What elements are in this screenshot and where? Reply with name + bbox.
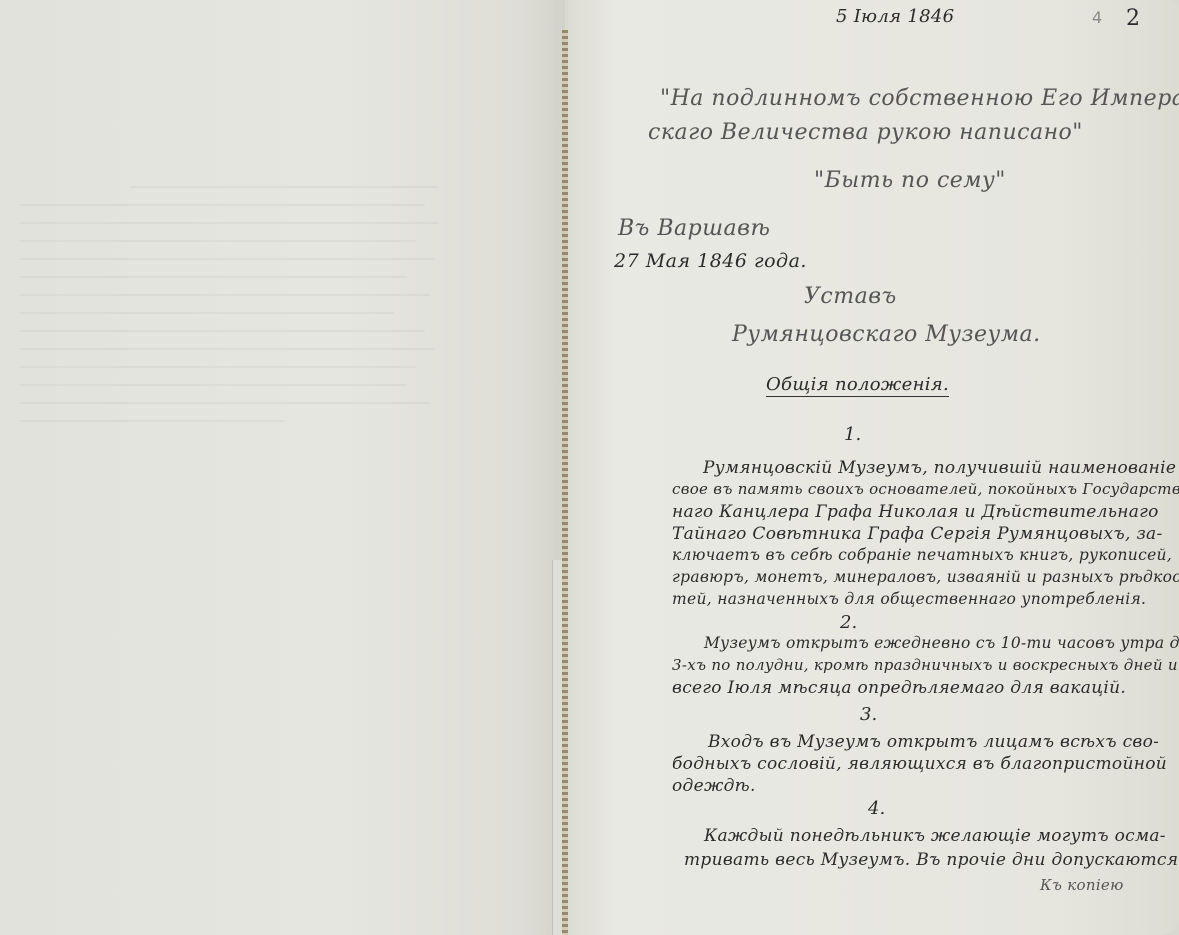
catchword: Къ копіею	[1040, 876, 1124, 894]
paragraph-1-line-2: свое въ память своихъ основателей, покой…	[672, 480, 1179, 498]
paragraph-1-line-4: Тайнаго Совѣтника Графа Сергія Румянцовы…	[672, 524, 1163, 544]
paragraph-3-number: 3.	[860, 704, 877, 725]
paragraph-1-number: 1.	[844, 424, 861, 445]
paragraph-1-line-1: Румянцовскій Музеумъ, получившій наимено…	[703, 458, 1176, 478]
folio-number: 2	[1126, 6, 1140, 31]
paragraph-3-line-3: одеждѣ.	[672, 776, 756, 796]
paragraph-1-line-3: наго Канцлера Графа Николая и Дѣйствител…	[672, 502, 1159, 522]
paragraph-2-line-1: Музеумъ открытъ ежедневно съ 10-ти часов…	[704, 634, 1179, 652]
charter-title: Уставъ	[804, 284, 897, 309]
paragraph-1-line-6: гравюръ, монетъ, минераловъ, изваяній и …	[672, 568, 1179, 586]
paragraph-2-line-2: 3-хъ по полудни, кромѣ праздничныхъ и во…	[672, 656, 1178, 674]
paragraph-3-line-1: Входъ въ Музеумъ открытъ лицамъ всѣхъ св…	[708, 732, 1159, 752]
charter-subtitle: Румянцовскаго Музеума.	[732, 322, 1041, 347]
right-page-manuscript: 5 Іюля 1846 4 2 "На подлинномъ собственн…	[568, 0, 1179, 935]
date-line: 27 Мая 1846 года.	[614, 250, 807, 272]
paragraph-2-number: 2.	[840, 612, 857, 633]
paragraph-4-number: 4.	[868, 798, 885, 819]
header-date: 5 Іюля 1846	[836, 6, 954, 27]
left-page-blank	[0, 0, 565, 935]
pencil-folio-mark: 4	[1092, 8, 1102, 27]
paragraph-1-line-7: тей, назначенныхъ для общественнаго упот…	[672, 590, 1146, 608]
bleed-through-text	[20, 170, 460, 438]
paragraph-3-line-2: бодныхъ сословій, являющихся въ благопри…	[672, 754, 1167, 774]
paragraph-1-line-5: ключаетъ въ себѣ собраніе печатныхъ книг…	[672, 546, 1172, 564]
paragraph-2-line-3: всего Іюля мѣсяца опредѣляемаго для вака…	[672, 678, 1126, 698]
preamble-line-2: скаго Величества рукою написано"	[648, 120, 1083, 145]
paragraph-4-line-1: Каждый понедѣльникъ желающіе могутъ осма…	[704, 826, 1166, 846]
place-line: Въ Варшавѣ	[618, 216, 770, 241]
open-book-spread: 5 Іюля 1846 4 2 "На подлинномъ собственн…	[0, 0, 1179, 935]
imperial-resolution: "Быть по сему"	[814, 168, 1006, 193]
section-heading: Общія положенія.	[766, 374, 949, 395]
preamble-line-1: "На подлинномъ собственною Его Импера то…	[660, 86, 1179, 111]
paragraph-4-line-2: тривать весь Музеумъ. Въ прочіе дни допу…	[684, 850, 1178, 870]
